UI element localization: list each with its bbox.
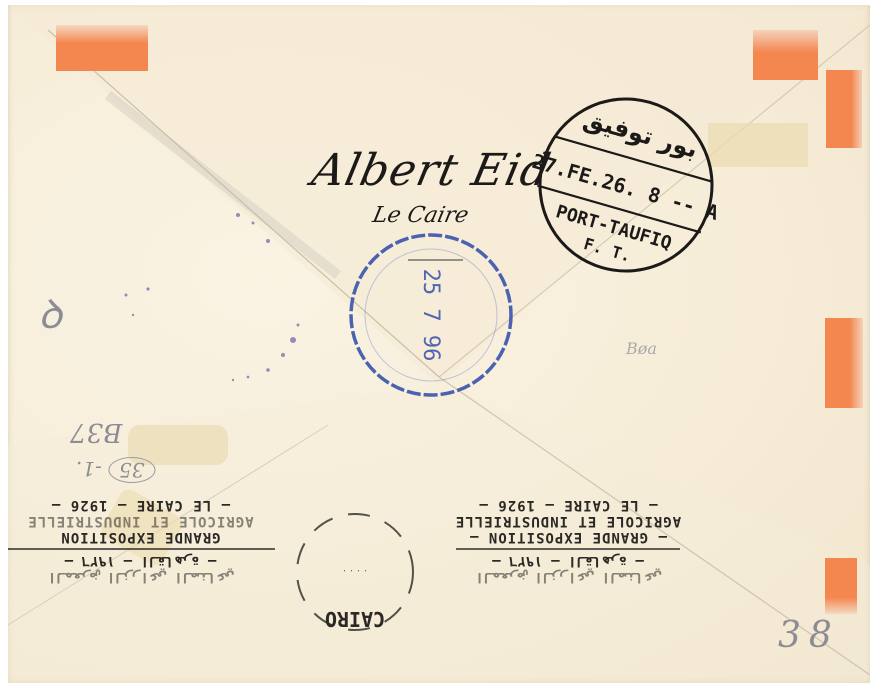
- stamp-remnant-top-right: [753, 30, 818, 80]
- slogan-line: AGRICOLE ET INDUSTRIELLE: [8, 513, 283, 529]
- slogan-line: — LE CAIRE — 1926 —: [8, 497, 283, 513]
- stamp-remnant-top-left: [56, 25, 148, 71]
- stamp-remnant-right-upper: [826, 70, 862, 148]
- slogan-line: AGRICOLE ET INDUSTRIELLE: [448, 513, 688, 529]
- envelope-back: Albert Eid Le Caire بور توفيق 27.FE.26. …: [8, 5, 870, 683]
- pencil-mid-right-note: Bøa: [626, 339, 657, 358]
- cairo-postmark-place: CAIRO: [325, 607, 385, 631]
- slogan-cancel-right: المعرض الزراعي الصناعي — ١٩٢٦ — القاهرة …: [448, 497, 688, 585]
- pencil-price-circled: 35: [108, 457, 155, 483]
- stamp-remnant-right-middle: [825, 318, 863, 408]
- slogan-line: المعرض الزراعي الصناعي: [448, 569, 688, 585]
- sender-city: Le Caire: [370, 203, 470, 228]
- svg-text:. . . .: . . . .: [343, 567, 367, 580]
- slogan-cancel-left: المعرض الزراعي الصناعي — ١٩٢٦ — القاهرة …: [8, 497, 283, 585]
- pencil-price-value: 35: [119, 458, 144, 482]
- stamp-remnant-right-lower: [825, 558, 857, 614]
- port-taufiq-postmark: بور توفيق 27.FE.26. 8 -- A PORT-TAUFIQ F…: [526, 90, 726, 280]
- pencil-flourish: ꝺ: [38, 285, 62, 340]
- slogan-line: — GRANDE EXPOSITION —: [448, 529, 688, 545]
- violet-ink-traces: [108, 205, 328, 405]
- slogan-line: — ١٩٢٦ — القاهرة —: [448, 553, 688, 569]
- slogan-line: — ١٩٢٦ — القاهرة —: [8, 553, 283, 569]
- cairo-postmark: CAIRO . . . .: [293, 500, 423, 650]
- sender-name: Albert Eid: [308, 145, 556, 196]
- blue-postmark-date: 25 7 96: [418, 269, 443, 362]
- pencil-price-suffix: -1.: [76, 457, 102, 481]
- pencil-catalog-ref: B37: [70, 417, 122, 447]
- pencil-corner-number: 38: [778, 615, 840, 656]
- slogan-line: المعرض الزراعي الصناعي: [8, 569, 283, 585]
- postmark-arabic: بور توفيق: [580, 104, 701, 163]
- slogan-line: GRANDE EXPOSITION: [8, 529, 283, 545]
- slogan-line: — LE CAIRE — 1926 —: [448, 497, 688, 513]
- blue-receiving-postmark: 25 7 96: [343, 230, 523, 400]
